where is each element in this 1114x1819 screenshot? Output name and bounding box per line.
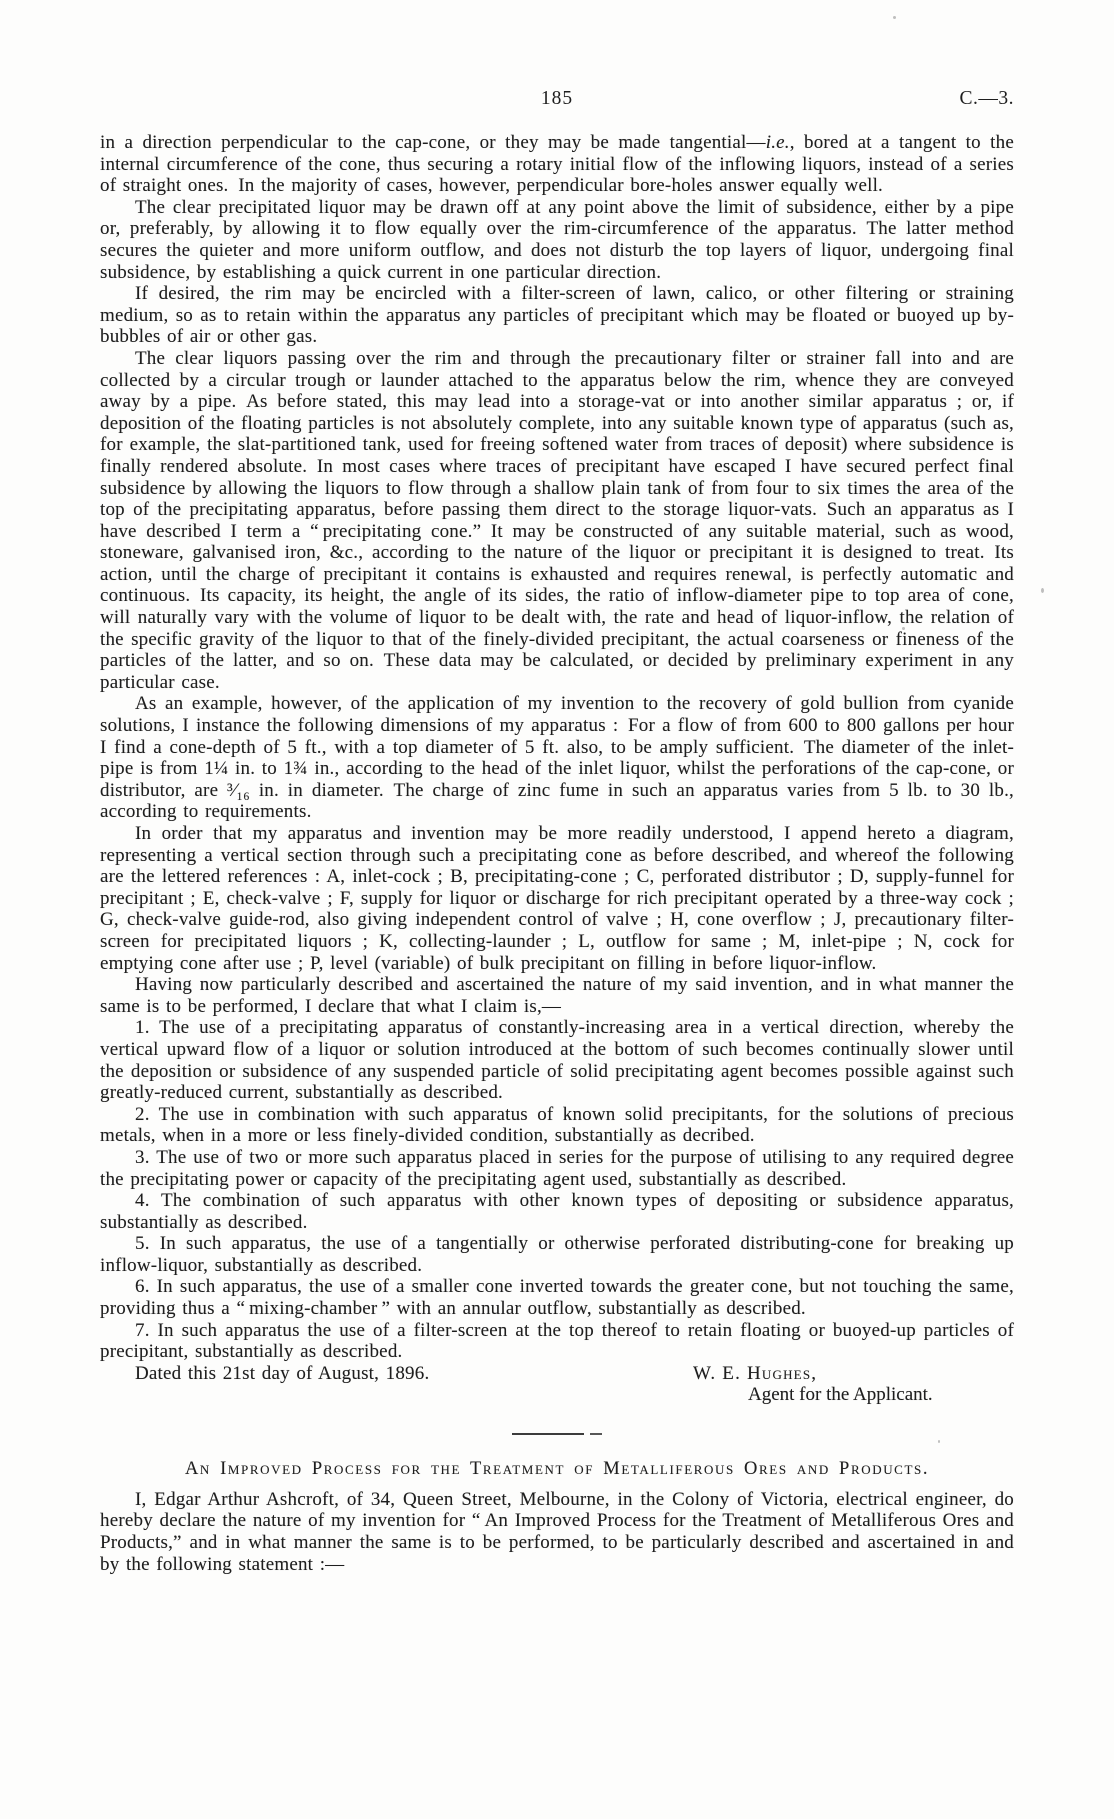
signature-block: Dated this 21st day of August, 1896. W. …: [100, 1363, 1014, 1407]
claim-4: 4. The combination of such apparatus wit…: [100, 1190, 1014, 1233]
scan-speck: [938, 1440, 940, 1443]
paragraph-declaration: Having now particularly described and as…: [100, 974, 1014, 1017]
scan-speck: [1041, 588, 1044, 593]
folio-reference: C.—3.: [959, 88, 1014, 110]
claim-3: 3. The use of two or more such apparatus…: [100, 1147, 1014, 1190]
text-run: in a direction perpendicular to the cap-…: [100, 132, 766, 153]
paragraph-clear-liquor: The clear precipitated liquor may be dra…: [100, 197, 1014, 283]
section-divider: [100, 1433, 1014, 1435]
agent-role: Agent for the Applicant.: [748, 1384, 933, 1406]
scan-speck: [902, 627, 905, 630]
claim-2: 2. The use in combination with such appa…: [100, 1104, 1014, 1147]
divider-rule-short: [590, 1433, 602, 1435]
section-title: An Improved Process for the Treatment of…: [100, 1459, 1014, 1480]
claim-1: 1. The use of a precipitating apparatus …: [100, 1017, 1014, 1103]
agent-name: W. E. Hughes,: [693, 1363, 817, 1385]
latin-abbreviation: i.e.: [766, 132, 790, 153]
paragraph-lettered-references: In order that my apparatus and invention…: [100, 823, 1014, 974]
page-number: 185: [100, 88, 1014, 110]
patent-body-text: in a direction perpendicular to the cap-…: [100, 132, 1014, 1407]
claim-6: 6. In such apparatus, the use of a small…: [100, 1276, 1014, 1319]
paragraph-collecting-launder: The clear liquors passing over the rim a…: [100, 348, 1014, 694]
document-page: 185 C.—3. in a direction perpendicular t…: [0, 0, 1114, 1819]
paragraph-ashcroft-declaration: I, Edgar Arthur Ashcroft, of 34, Queen S…: [100, 1489, 1014, 1575]
paragraph-example-dimensions: As an example, however, of the applicati…: [100, 693, 1014, 823]
claim-5: 5. In such apparatus, the use of a tange…: [100, 1233, 1014, 1276]
scan-speck: [893, 16, 896, 19]
claim-7: 7. In such apparatus the use of a filter…: [100, 1320, 1014, 1363]
divider-rule-long: [512, 1433, 584, 1435]
dated-line: Dated this 21st day of August, 1896.: [100, 1363, 1014, 1385]
page-header: 185 C.—3.: [100, 88, 1014, 112]
paragraph-continuation: in a direction perpendicular to the cap-…: [100, 132, 1014, 197]
paragraph-filter-screen: If desired, the rim may be encircled wit…: [100, 283, 1014, 348]
second-notice-section: An Improved Process for the Treatment of…: [100, 1459, 1014, 1575]
